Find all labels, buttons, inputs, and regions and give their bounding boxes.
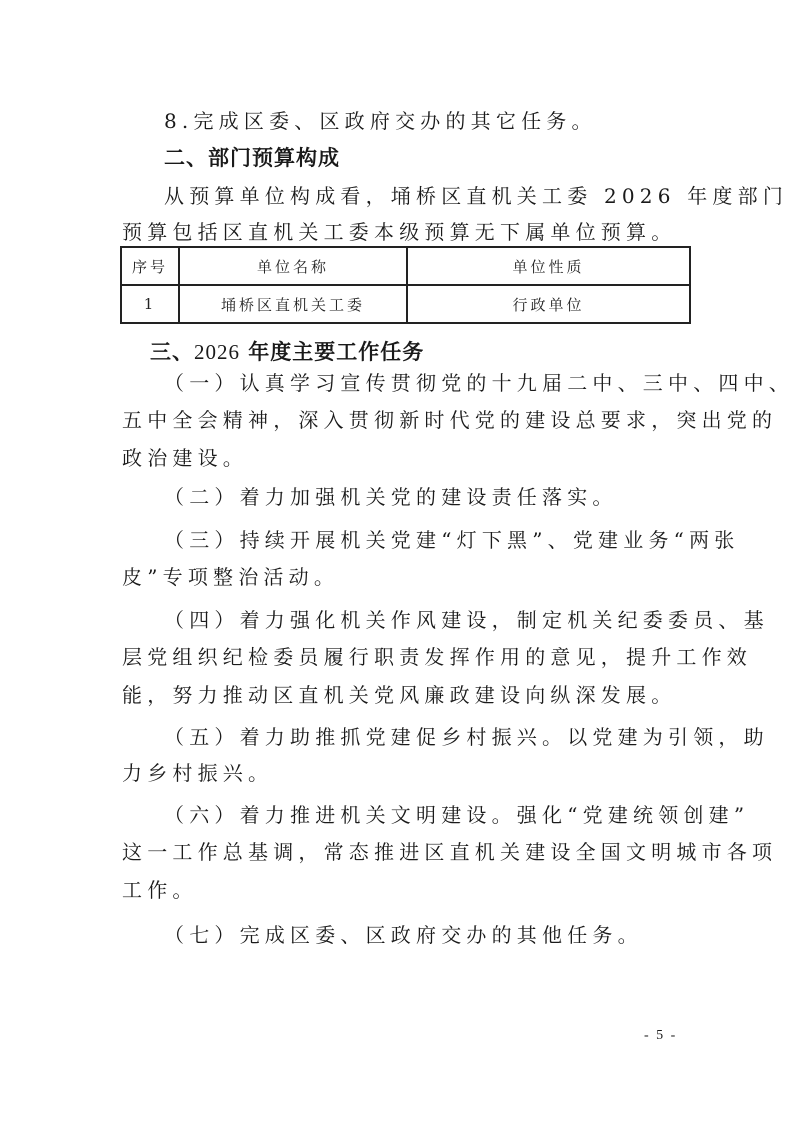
task-item-1-line-2: 五中全会精神，深入贯彻新时代党的建设总要求，突出党的 — [122, 408, 692, 432]
section-3-heading: 三、2026 年度主要工作任务 — [150, 340, 720, 364]
task-item-6-line-1: （六）着力推进机关文明建设。强化“党建统领创建” — [164, 803, 692, 827]
task-item-1-line-3: 政治建设。 — [122, 446, 692, 470]
section-2-heading: 二、部门预算构成 — [164, 146, 734, 170]
task-item-6-line-3: 工作。 — [122, 878, 692, 902]
task-item-4-line-2: 层党组织纪检委员履行职责发挥作用的意见，提升工作效 — [122, 645, 692, 669]
section-3-heading-year: 2026 — [194, 340, 240, 364]
task-item-4-line-1: （四）着力强化机关作风建设，制定机关纪委委员、基 — [164, 608, 692, 632]
table-header-row: 序号 单位名称 单位性质 — [121, 247, 690, 285]
task-item-5-line-2: 力乡村振兴。 — [122, 761, 692, 785]
task-item-5-line-1: （五）着力助推抓党建促乡村振兴。以党建为引领，助 — [164, 725, 692, 749]
task-item-4-line-3: 能，努力推动区直机关党风廉政建设向纵深发展。 — [122, 683, 692, 707]
section-3-heading-suffix: 年度主要工作任务 — [240, 340, 424, 364]
section-3-heading-prefix: 三、 — [150, 340, 194, 364]
task-item-7-line-1: （七）完成区委、区政府交办的其他任务。 — [164, 923, 692, 947]
page-number: - 5 - — [644, 1028, 677, 1044]
budget-units-table: 序号 单位名称 单位性质 1 埇桥区直机关工委 行政单位 — [120, 246, 691, 324]
table-cell-unit-type: 行政单位 — [407, 285, 690, 323]
intro-item-8: 8.完成区委、区政府交办的其它任务。 — [164, 109, 692, 133]
table-header-unit-type: 单位性质 — [407, 247, 690, 285]
table-cell-unit-name: 埇桥区直机关工委 — [179, 285, 407, 323]
task-item-3-line-1: （三）持续开展机关党建“灯下黑”、党建业务“两张 — [164, 528, 692, 552]
section-2-paragraph-line-2: 预算包括区直机关工委本级预算无下属单位预算。 — [122, 220, 692, 244]
section-2-paragraph-line-1: 从预算单位构成看，埇桥区直机关工委 2026 年度部门 — [164, 184, 692, 208]
task-item-3-line-2: 皮”专项整治活动。 — [122, 565, 692, 589]
table-cell-seq: 1 — [121, 285, 179, 323]
table-row: 1 埇桥区直机关工委 行政单位 — [121, 285, 690, 323]
task-item-2-line-1: （二）着力加强机关党的建设责任落实。 — [164, 485, 692, 509]
task-item-6-line-2: 这一工作总基调，常态推进区直机关建设全国文明城市各项 — [122, 840, 692, 864]
table-header-seq: 序号 — [121, 247, 179, 285]
table-header-unit-name: 单位名称 — [179, 247, 407, 285]
task-item-1-line-1: （一）认真学习宣传贯彻党的十九届二中、三中、四中、 — [164, 371, 692, 395]
